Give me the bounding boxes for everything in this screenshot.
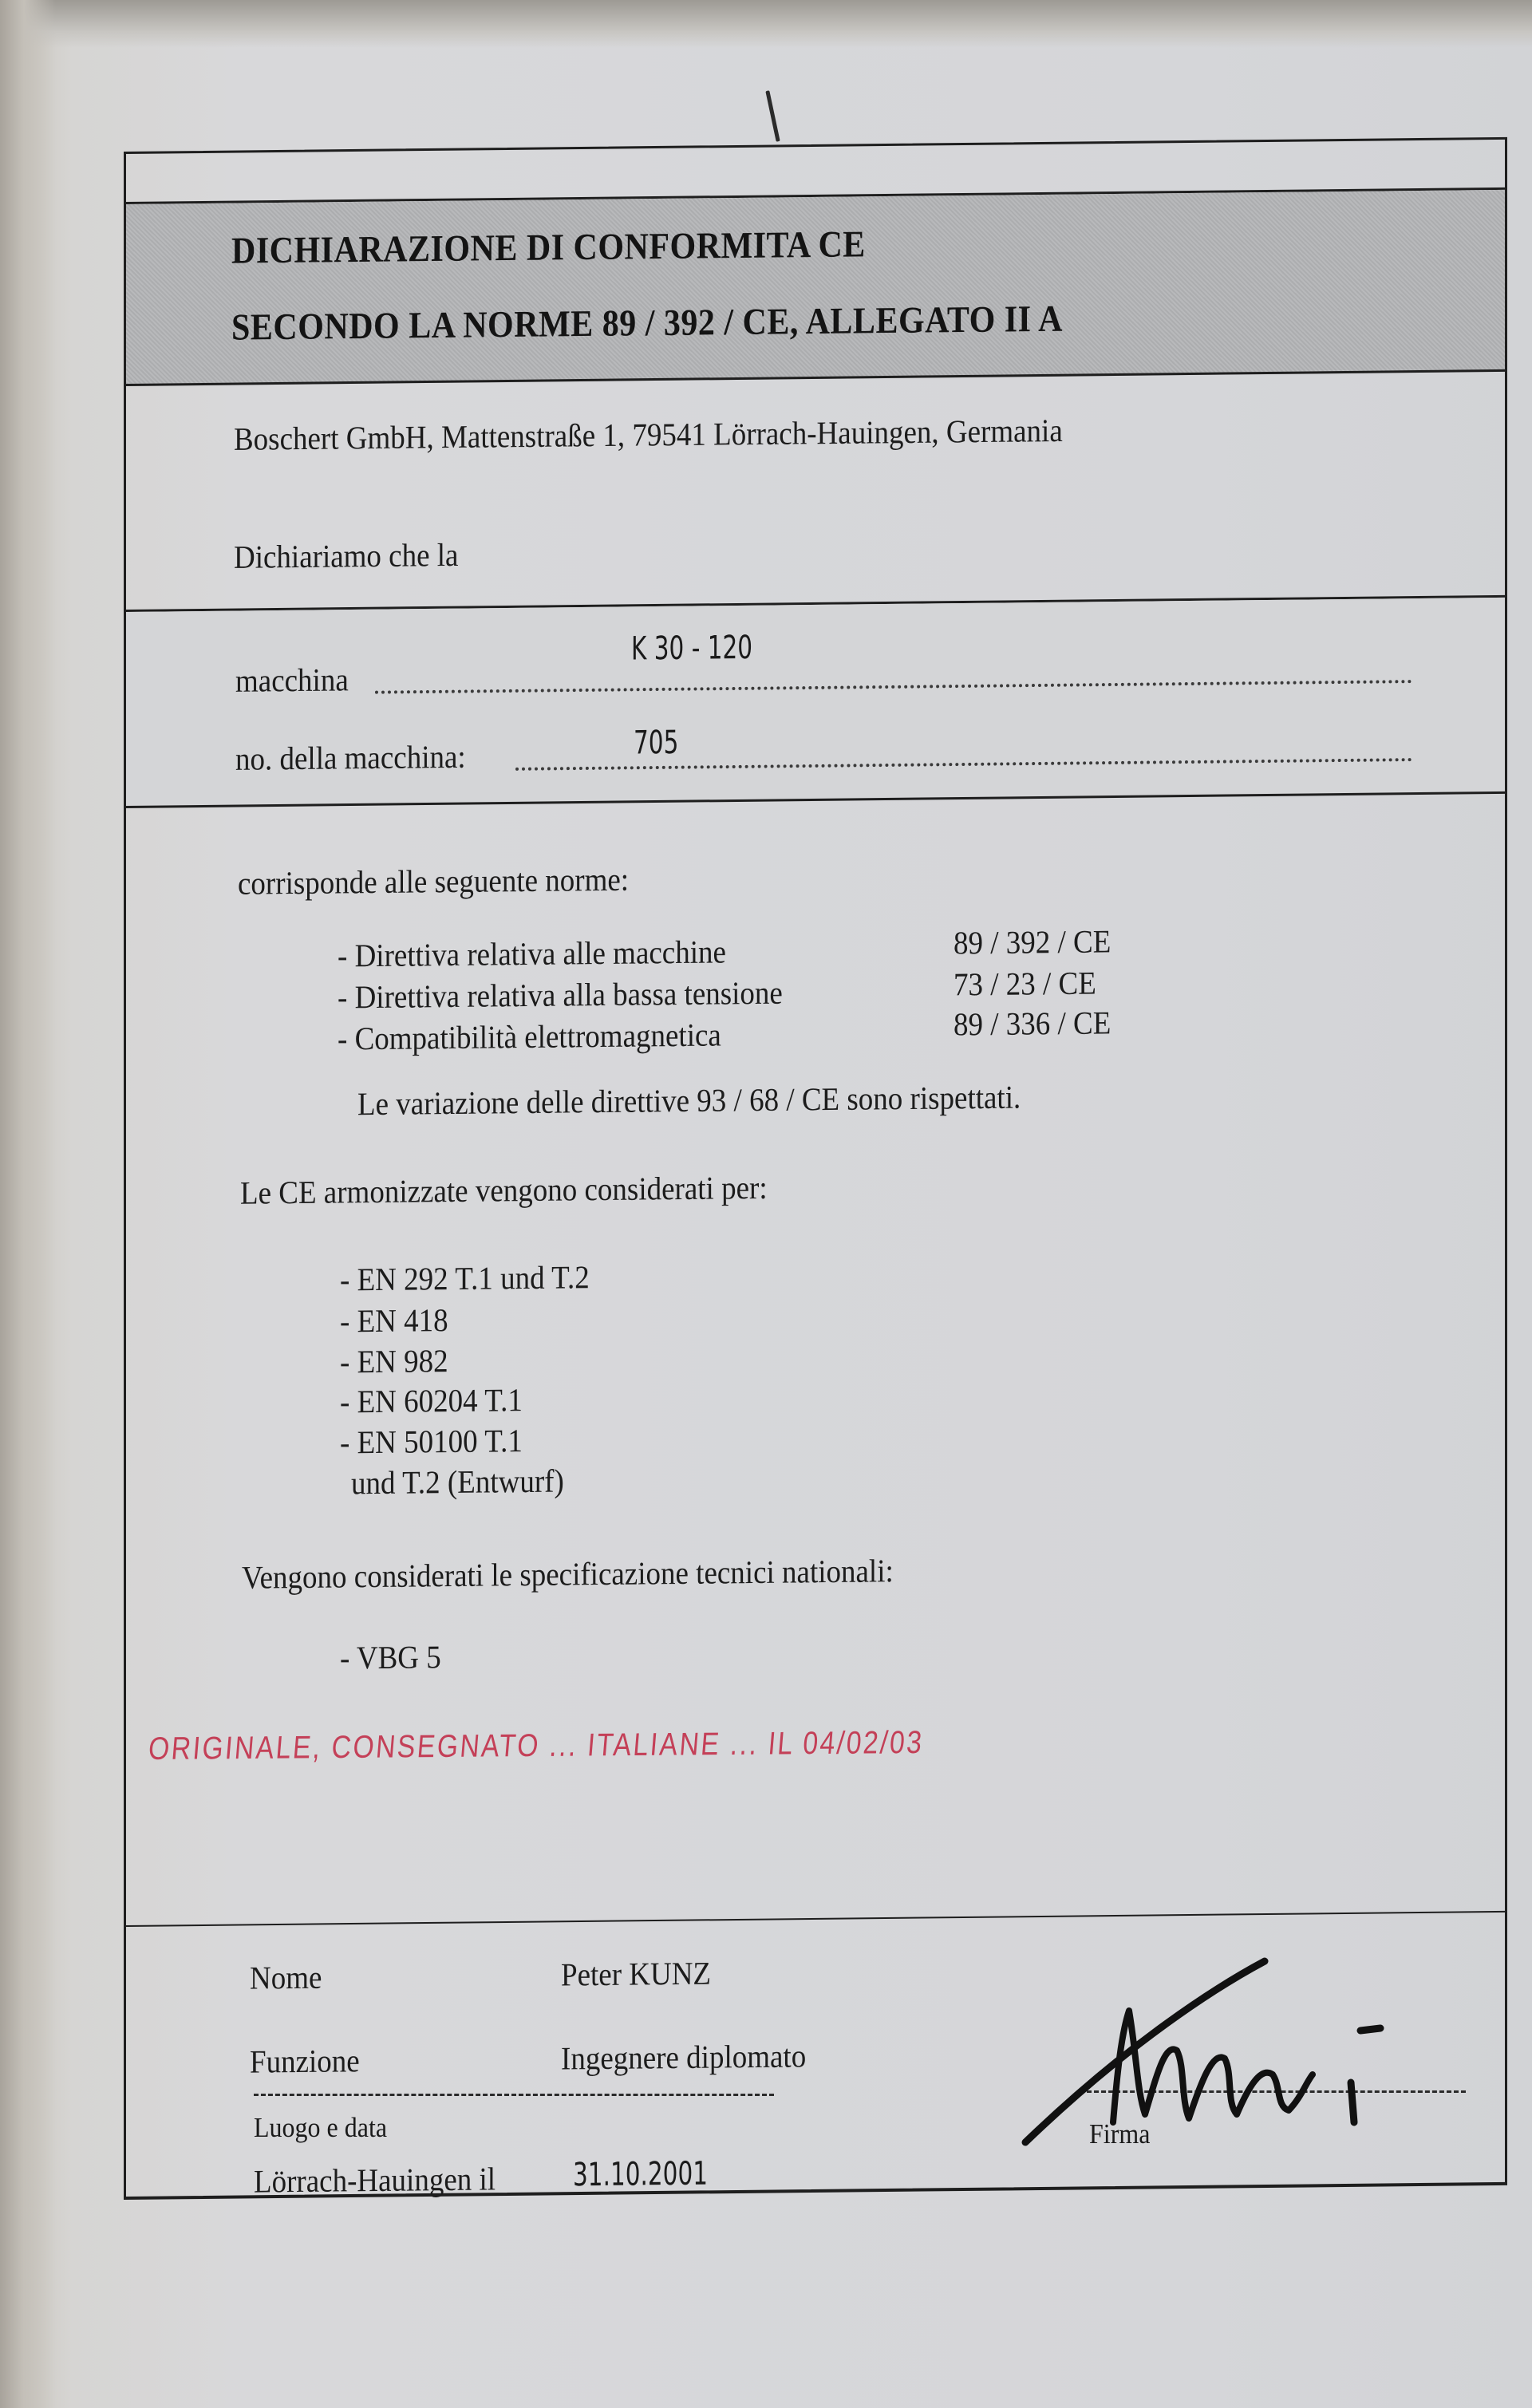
directives-note: Le variazione delle direttive 93 / 68 / … <box>357 1082 1021 1121</box>
harmonized-item: - EN 60204 T.1 <box>340 1384 523 1419</box>
title-band: DICHIARAZIONE DI CONFORMITA CE SECONDO L… <box>126 190 1505 386</box>
document-subtitle: SECONDO LA NORME 89 / 392 / CE, ALLEGATO… <box>231 301 1063 347</box>
handwritten-signature <box>1017 1955 1432 2146</box>
function-label: Funzione <box>250 2045 360 2078</box>
directives-intro: corrisponde alle seguente norme: <box>238 864 629 901</box>
machine-number-value: 705 <box>634 727 678 760</box>
staple-mark <box>765 90 780 142</box>
directive-name: - Compatibilità elettromagnetica <box>338 1019 721 1056</box>
harmonized-intro: Le CE armonizzate vengono considerati pe… <box>240 1172 768 1210</box>
machine-dotted-line <box>375 680 1412 694</box>
machine-model-value: K 30 - 120 <box>631 632 752 665</box>
national-item: - VBG 5 <box>340 1641 441 1675</box>
directive-code: 89 / 392 / CE <box>954 926 1111 960</box>
manufacturer-address: Boschert GmbH, Mattenstraße 1, 79541 Lör… <box>234 415 1063 456</box>
harmonized-item-continuation: und T.2 (Entwurf) <box>351 1466 564 1500</box>
machine-label: macchina <box>235 664 349 697</box>
harmonized-item: - EN 418 <box>340 1305 448 1338</box>
harmonized-item: - EN 982 <box>340 1345 448 1379</box>
name-label: Nome <box>250 1962 322 1995</box>
directive-name: - Direttiva relativa alla bassa tensione <box>338 977 783 1015</box>
harmonized-item: - EN 50100 T.1 <box>340 1425 523 1459</box>
national-intro: Vengono considerati le specificazione te… <box>242 1555 894 1594</box>
place-date-dashed-line <box>254 2094 774 2096</box>
page-left-shadow <box>0 0 56 2408</box>
directive-code: 73 / 23 / CE <box>954 968 1096 1002</box>
name-value: Peter KUNZ <box>561 1958 711 1992</box>
function-value: Ingegnere diplomato <box>561 2040 806 2075</box>
place-date-caption: Luogo e data <box>254 2113 387 2141</box>
page-top-shadow <box>0 0 1532 48</box>
harmonized-item: - EN 292 T.1 und T.2 <box>340 1261 590 1297</box>
directive-code: 89 / 336 / CE <box>954 1007 1111 1041</box>
company-section: Boschert GmbH, Mattenstraße 1, 79541 Lör… <box>126 372 1505 612</box>
machine-section: macchina K 30 - 120 no. della macchina: … <box>126 598 1505 808</box>
place-text: Lörrach-Hauingen il <box>254 2163 496 2198</box>
declaration-frame: DICHIARAZIONE DI CONFORMITA CE SECONDO L… <box>124 137 1507 2200</box>
handwritten-annotation: ORIGINALE, CONSEGNATO ... ITALIANE ... I… <box>147 1725 925 1767</box>
directive-name: - Direttiva relativa alle macchine <box>338 936 726 973</box>
declaration-intro: Dichiariamo che la <box>234 539 458 574</box>
date-value: 31.10.2001 <box>573 2158 708 2192</box>
document-title: DICHIARAZIONE DI CONFORMITA CE <box>231 226 866 270</box>
machine-number-label: no. della macchina: <box>235 741 466 776</box>
